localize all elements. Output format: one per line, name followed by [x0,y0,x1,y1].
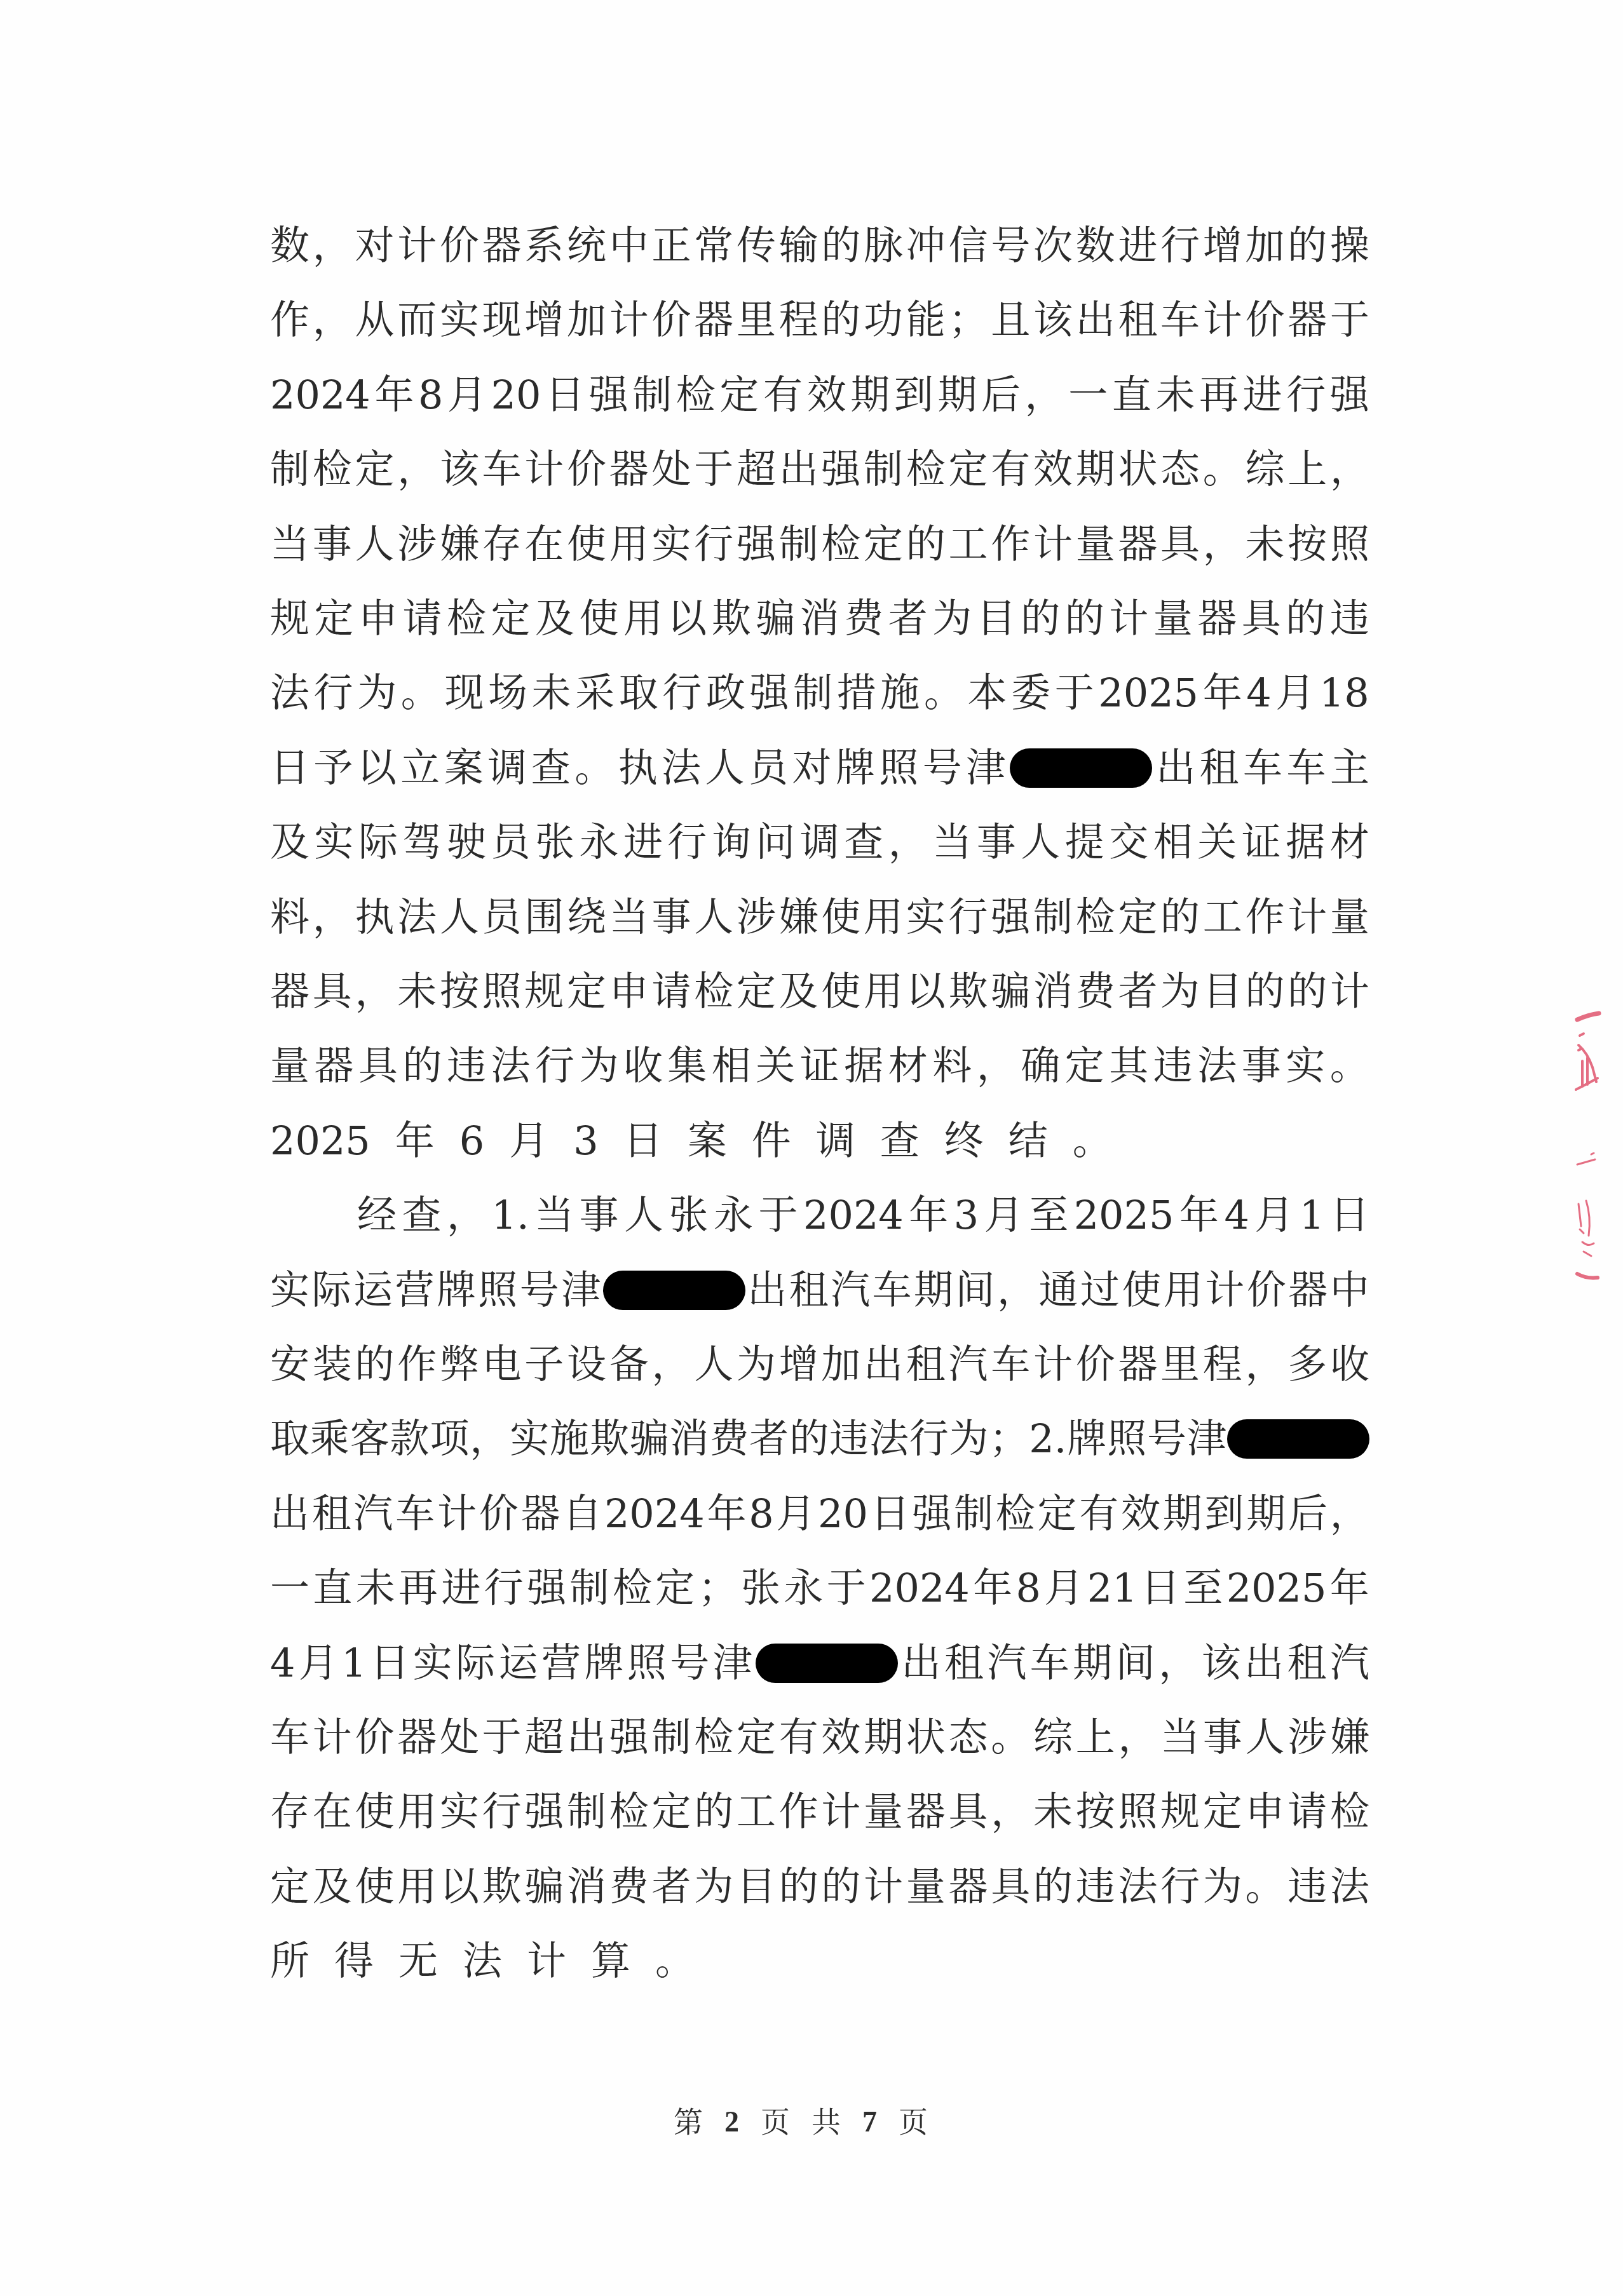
text-glyph: 。 [924,668,963,719]
text-glyph: 当 [932,817,972,868]
text-glyph: 信 [949,220,988,271]
text-glyph: 器 [397,1712,437,1763]
text-glyph: ， [470,1414,509,1464]
text-glyph: 工 [737,1786,776,1837]
text-glyph: 强 [991,892,1030,943]
text-glyph: 器 [906,1786,946,1837]
text-glyph: 法 [491,1041,530,1091]
text-glyph: 及 [779,966,818,1017]
text-glyph: 费 [709,1414,749,1464]
text-glyph: 实 [440,295,479,346]
text-glyph: 检 [906,444,946,495]
text-glyph: ， [355,966,394,1017]
text-glyph: 检 [676,370,716,421]
text-line: 数，对计价器系统中正常传输的脉冲信号次数进行增加的操 [270,220,1369,271]
text-glyph: 交 [1109,817,1148,868]
text-glyph: 车 [395,1489,435,1539]
text-glyph: 实 [510,1414,549,1464]
text-glyph: 加 [1246,220,1285,271]
text-glyph: 期 [937,370,977,421]
text-glyph: 强 [821,444,860,495]
text-glyph: 定 [864,519,903,570]
text-glyph: 检 [996,1489,1035,1539]
text-glyph: 量 [1153,593,1193,644]
text-glyph: 加 [821,1339,860,1390]
text-line: 2024年8月20日强制检定有效期到期后，一直未再进行强 [270,370,1369,421]
text-glyph: 从 [355,295,394,346]
text-glyph: 计 [864,1861,903,1912]
text-glyph: 强 [589,370,628,421]
text-glyph: 案 [688,1116,727,1166]
text-glyph: 计 [524,444,564,495]
text-glyph: ， [1246,1339,1285,1390]
text-glyph: 里 [737,295,776,346]
text-glyph: 直 [313,1563,352,1614]
text-glyph: 量 [270,1041,309,1091]
text-glyph: 具 [991,1861,1030,1912]
current-page-number: 2 [724,2097,739,2147]
text-glyph: 人 [440,892,479,943]
text-glyph: 的 [1287,220,1327,271]
text-glyph: 实 [314,817,353,868]
text-glyph: 期 [1073,1638,1112,1689]
text-glyph: 存 [482,519,522,570]
text-glyph: 设 [567,1339,606,1390]
text-glyph: 规 [1160,1786,1200,1837]
text-glyph: 进 [623,817,663,868]
text-glyph: 检 [821,519,860,570]
text-glyph: 功 [864,295,903,346]
text-glyph: 出 [270,1489,309,1539]
text-glyph: 于 [1330,295,1369,346]
text-glyph: 为 [357,668,397,719]
text-glyph: 期 [1246,1489,1286,1539]
text-line: 制检定，该车计价器处于超出强制检定有效期状态。综上， [270,444,1369,495]
text-glyph: 租 [944,1638,984,1689]
text-glyph: 状 [1118,444,1157,495]
text-glyph: 价 [1247,1265,1286,1316]
text-glyph: 期 [864,1712,903,1763]
text-glyph: 检 [1330,1786,1369,1837]
text-glyph: 计 [609,295,649,346]
text-glyph: 查 [531,743,571,793]
text-glyph: 收 [623,1041,663,1091]
text-glyph: 实 [270,1265,309,1316]
text-glyph: 及 [313,1861,352,1912]
text-glyph: 违 [1153,1041,1193,1091]
text-glyph: 行 [694,519,733,570]
text-glyph: 定 [719,370,759,421]
text-glyph: 行 [909,1414,949,1464]
text-glyph: 欺 [712,593,751,644]
text-glyph: 定 [270,1861,309,1912]
text-glyph: 月 [1254,1190,1294,1241]
text-glyph: 器 [520,1489,560,1539]
text-glyph: 照 [478,1265,517,1316]
text-glyph: 行 [667,817,707,868]
text-glyph: 终 [944,1116,984,1166]
text-glyph: 制 [793,668,832,719]
text-glyph: 年 [1203,668,1242,719]
text-glyph: 冲 [906,220,946,271]
text-glyph: 查 [880,1116,920,1166]
text-glyph: 。 [1203,444,1242,495]
text-glyph: 月 [447,370,487,421]
text-line: 日予以立案调查。执法人员对牌照号津出租车车主 [270,743,1369,793]
text-glyph: 乘 [310,1414,350,1464]
text-glyph: 执 [618,743,658,793]
text-glyph: 具 [1160,519,1200,570]
text-glyph: 未 [397,966,437,1017]
text-glyph: 调 [816,1116,855,1166]
text-glyph: ； [698,1563,738,1614]
text-glyph: 3 [954,1190,979,1241]
text-glyph: 问 [756,817,795,868]
text-glyph: 人 [1246,1712,1285,1763]
total-prefix: 共 [812,2097,841,2147]
text-glyph: 具 [1242,593,1281,644]
text-glyph: 其 [1109,1041,1148,1091]
text-glyph: 器 [270,966,309,1017]
text-glyph: 强 [609,1712,649,1763]
text-glyph: 营 [541,1638,581,1689]
text-line: 器具，未按照规定申请检定及使用以欺骗消费者为目的的计 [270,966,1369,1017]
text-glyph: 永 [714,1190,753,1241]
text-glyph: 当 [1160,1712,1200,1763]
text-glyph: 1 [1300,1190,1324,1241]
text-glyph: 欺 [949,966,988,1017]
text-glyph: 以 [667,593,707,644]
text-glyph: 涉 [397,519,437,570]
text-glyph: 所 [270,1936,309,1987]
text-glyph: 计 [437,1489,477,1539]
text-glyph: 作 [1246,892,1285,943]
text-glyph: 为 [579,1041,618,1091]
text-glyph: 8 [749,1489,773,1539]
text-glyph: 日 [1141,1563,1180,1614]
text-glyph: 。 [1330,1041,1369,1091]
redacted-plate-number [603,1271,745,1310]
text-glyph: 当 [534,1190,574,1241]
text-glyph: 日 [871,1489,910,1539]
text-glyph: 张 [669,1190,709,1241]
text-glyph: 该 [1033,295,1073,346]
text-glyph: 号 [520,1265,559,1316]
text-glyph: 法 [1197,1041,1237,1091]
text-glyph: 制 [864,444,903,495]
text-glyph: 际 [311,1265,351,1316]
redacted-plate-number [1227,1419,1369,1459]
text-glyph: 4 [270,1638,295,1689]
text-glyph: 强 [524,1786,564,1837]
text-glyph: 有 [991,444,1030,495]
text-glyph: 。 [1073,1116,1112,1166]
text-glyph: 2024 [604,1489,705,1539]
text-glyph: 一 [1068,370,1108,421]
text-glyph: 使 [579,593,618,644]
text-glyph: 嫌 [779,892,818,943]
page-number-prefix: 第 [674,2097,703,2147]
text-glyph: 进 [1243,370,1282,421]
text-glyph: 消 [800,593,839,644]
text-glyph: 次 [1033,220,1073,271]
text-glyph: 器 [1118,519,1157,570]
text-glyph: 过 [1080,1265,1120,1316]
text-glyph: 的 [1287,966,1327,1017]
text-glyph: 的 [821,1861,860,1912]
text-glyph: 日 [1330,1190,1369,1241]
text-glyph: 者 [749,1414,789,1464]
text-glyph: 际 [456,1638,495,1689]
text-glyph: 定 [949,444,988,495]
text-glyph: 使 [567,519,606,570]
text-glyph: ， [447,1190,486,1241]
text-glyph: 行 [484,1563,524,1614]
text-glyph: 计 [1109,593,1148,644]
text-glyph: 申 [1246,1786,1285,1837]
text-glyph: 制 [270,444,309,495]
text-glyph: 定 [1118,892,1157,943]
document-page: 数，对计价器系统中正常传输的脉冲信号次数进行增加的操 作，从而实现增加计价器里程… [0,0,1623,2296]
text-glyph: ， [1203,519,1242,570]
text-glyph: 租 [789,1265,829,1316]
text-glyph: 月 [1044,1563,1083,1614]
text-glyph: 定 [314,593,353,644]
text-glyph: 年 [395,1116,435,1166]
text-glyph: 予 [313,743,353,793]
text-glyph: ， [651,1339,691,1390]
text-glyph: 年 [374,370,414,421]
text-glyph: 2024 [803,1190,904,1241]
text-glyph: ， [313,220,352,271]
redacted-plate-number [756,1644,898,1683]
text-glyph: 汽 [949,1339,988,1390]
text-line: 当事人涉嫌存在使用实行强制检定的工作计量器具，未按照 [270,519,1369,570]
text-glyph: 效 [1033,444,1073,495]
text-glyph: 处 [440,1712,479,1763]
text-glyph: 申 [358,593,398,644]
text-glyph: 作 [991,519,1030,570]
text-glyph: 汽 [1330,1638,1369,1689]
text-glyph: 到 [894,370,934,421]
text-glyph: 2024 [270,370,370,421]
text-glyph: 通 [1038,1265,1078,1316]
text-glyph: 者 [651,1861,691,1912]
text-glyph: 费 [844,593,883,644]
text-glyph: 该 [1202,1638,1241,1689]
text-glyph: 违 [1076,1861,1115,1912]
text-glyph: 牌 [584,1638,623,1689]
text-glyph: 1. [491,1190,529,1241]
text-glyph: 车 [270,1712,309,1763]
text-glyph: 计 [821,1786,860,1837]
text-glyph: 制 [632,370,672,421]
text-glyph: 。 [655,1936,695,1987]
text-glyph: 用 [864,892,903,943]
text-glyph: 出 [1076,295,1115,346]
text-glyph: 该 [440,444,479,495]
page-number: 第 2 页 共 7 页 [674,2097,928,2147]
text-glyph: 后 [981,370,1021,421]
text-glyph: 工 [1203,892,1242,943]
text-glyph: 行 [1160,1861,1200,1912]
text-glyph: 量 [1330,892,1369,943]
text-glyph: 上 [1287,444,1327,495]
text-glyph: 骗 [524,1861,564,1912]
text-glyph: 进 [441,1563,480,1614]
text-glyph: 制 [570,1563,609,1614]
text-glyph: 事 [313,519,352,570]
text-glyph: 号 [1147,1414,1186,1464]
text-glyph: 检 [609,1786,649,1837]
text-glyph: 用 [864,966,903,1017]
text-glyph: 定 [355,444,394,495]
text-glyph: 事 [651,892,691,943]
text-glyph: 行 [662,668,702,719]
text-glyph: 材 [1330,817,1369,868]
text-glyph: 牌 [1067,1414,1106,1464]
text-glyph: 人 [624,1190,663,1241]
text-glyph: 对 [792,743,831,793]
text-glyph: 未 [1246,519,1285,570]
text-glyph: 计 [1033,519,1073,570]
text-glyph: 定 [491,593,530,644]
text-glyph: 法 [270,668,309,719]
text-glyph: 2025 [1226,1563,1327,1614]
text-glyph: 出 [864,1339,903,1390]
text-glyph: 能 [906,295,946,346]
text-glyph: 定 [1065,1041,1104,1091]
text-glyph: 3 [573,1116,598,1166]
text-glyph: 器 [694,295,733,346]
text-glyph: 检 [694,1712,733,1763]
text-glyph: 数 [270,220,309,271]
text-glyph: 采 [575,668,615,719]
text-glyph: 集 [667,1041,707,1091]
text-glyph: 现 [444,668,484,719]
text-glyph: 调 [800,817,839,868]
text-glyph: 绕 [567,892,606,943]
text-glyph: 1 [341,1638,366,1689]
text-glyph: 张 [535,817,574,868]
text-glyph: 超 [524,1712,564,1763]
text-glyph: 后 [1288,1489,1328,1539]
text-glyph: 员 [491,817,530,868]
text-glyph: 查 [402,1190,441,1241]
text-glyph: 照 [482,966,522,1017]
text-glyph: 至 [1029,1190,1068,1241]
text-glyph: 骗 [756,593,795,644]
text-glyph: 车 [1030,1638,1070,1689]
text-glyph: 的 [402,1041,442,1091]
text-glyph: 强 [750,668,789,719]
text-glyph: 制 [1033,892,1073,943]
text-glyph: 定 [567,966,606,1017]
text-line: 作，从而实现增加计价器里程的功能；且该出租车计价器于 [270,295,1369,346]
text-glyph: 未 [532,668,571,719]
text-glyph: 2025 [1074,1190,1174,1241]
text-glyph: 器 [949,1861,988,1912]
text-glyph: 效 [807,370,846,421]
text-glyph: 的 [1160,892,1200,943]
text-glyph: 实 [651,519,691,570]
text-glyph: 消 [567,1861,606,1912]
text-glyph: 计 [1205,1265,1244,1316]
text-glyph: 无 [398,1936,438,1987]
text-glyph: 以 [906,966,946,1017]
text-glyph: 月 [1275,668,1315,719]
text-glyph: 的 [906,519,946,570]
text-glyph: 案 [444,743,484,793]
text-glyph: 按 [1287,519,1327,570]
text-glyph: ； [949,295,988,346]
text-line: 法行为。现场未采取行政强制措施。本委于2025年4月18 [270,668,1369,719]
text-glyph: 涉 [1287,1712,1327,1763]
text-glyph: 超 [737,444,776,495]
text-glyph: 21 [1087,1563,1137,1614]
text-glyph: 操 [1330,220,1369,271]
text-glyph: 日 [623,1116,663,1166]
text-glyph: ； [989,1414,1028,1464]
text-glyph: 再 [398,1563,438,1614]
text-glyph: 计 [313,1712,352,1763]
text-glyph: 查 [844,817,883,868]
text-glyph: 照 [879,743,918,793]
text-glyph: 规 [524,966,564,1017]
text-glyph: 检 [313,444,352,495]
text-glyph: 出 [747,1265,787,1316]
text-glyph: 车 [1160,295,1200,346]
text-glyph: 的 [789,1414,829,1464]
text-glyph: ， [397,444,437,495]
text-glyph: 定 [737,966,776,1017]
text-glyph: 用 [397,1861,437,1912]
text-glyph: 法 [1330,1861,1369,1912]
text-glyph: 装 [313,1339,352,1390]
text-glyph: 具 [949,1786,988,1837]
text-glyph: 计 [1033,1339,1073,1390]
text-glyph: 以 [357,743,397,793]
text-glyph: 目 [977,593,1016,644]
text-glyph: 使 [821,966,860,1017]
text-glyph: 消 [1033,966,1073,1017]
text-glyph: ， [977,1041,1016,1091]
text-glyph: 20 [491,370,541,421]
text-glyph: 实 [1286,1041,1325,1091]
text-glyph: 出 [902,1638,941,1689]
text-glyph: 人 [694,1339,733,1390]
text-glyph: 及 [270,817,309,868]
text-glyph: 违 [829,1414,869,1464]
text-glyph: 而 [397,295,437,346]
text-glyph: 价 [479,1489,519,1539]
text-glyph: 期 [1163,1489,1202,1539]
text-glyph: 目 [737,1861,776,1912]
text-glyph: 为 [694,1861,733,1912]
text-glyph: 请 [402,593,442,644]
text-line: 4月1日实际运营牌照号津出租汽车期间，该出租汽 [270,1638,1369,1689]
text-glyph: ， [313,892,352,943]
text-glyph: 器 [609,444,649,495]
text-glyph: 津 [713,1638,752,1689]
text-glyph: 的 [1065,593,1104,644]
text-glyph: 于 [827,1563,866,1614]
text-glyph: 量 [864,1786,903,1837]
text-glyph: 者 [888,593,928,644]
text-glyph: 照 [1118,1786,1157,1837]
text-glyph: 违 [1330,593,1369,644]
text-glyph: ， [1330,1489,1369,1539]
